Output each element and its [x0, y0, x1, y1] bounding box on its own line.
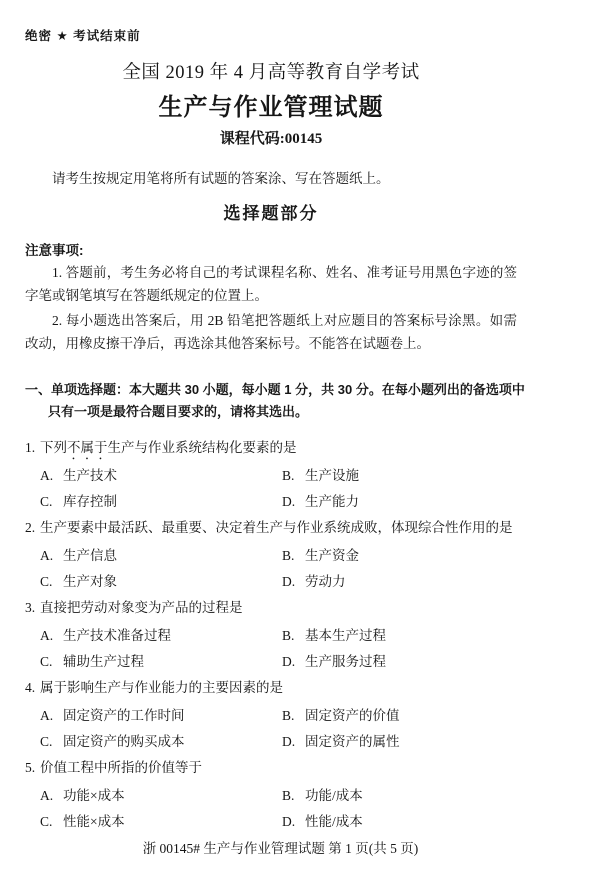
page-footer: 浙 00145# 生产与作业管理试题 第 1 页(共 5 页) — [0, 837, 561, 857]
part-heading-line-2: 只有一项是最符合题目要求的，请将其选出。 — [48, 401, 517, 423]
notes-heading: 注意事项: — [25, 239, 517, 259]
question-4: 4. 属于影响生产与作业能力的主要因素的是 A.固定资产的工作时间 B.固定资产… — [25, 675, 517, 755]
note-item-2: 2. 每小题选出答案后，用 2B 铅笔把答题纸上对应题目的答案标号涂黑。如需改动… — [25, 310, 517, 355]
question-3-stem: 3. 直接把劳动对象变为产品的过程是 — [25, 595, 517, 623]
question-stem-text: 下列不属于生产与作业系统结构化要素的是 — [40, 435, 517, 463]
option-a: A.固定资产的工作时间 — [40, 703, 282, 729]
question-2: 2. 生产要素中最活跃、最重要、决定着生产与作业系统成败，体现综合性作用的是 A… — [25, 515, 517, 595]
question-5-options: A.功能×成本 B.功能/成本 C.性能×成本 D.性能/成本 — [40, 783, 517, 835]
question-3-options: A.生产技术准备过程 B.基本生产过程 C.辅助生产过程 D.生产服务过程 — [40, 623, 517, 675]
option-b: B.功能/成本 — [282, 783, 517, 809]
option-a: A.生产信息 — [40, 543, 282, 569]
section-title: 选择题部分 — [25, 199, 517, 224]
option-d: D.生产能力 — [282, 489, 517, 515]
question-stem-text: 直接把劳动对象变为产品的过程是 — [40, 595, 517, 623]
classification-banner: 绝密 ★ 考试结束前 — [25, 26, 613, 44]
question-list: 1. 下列不属于生产与作业系统结构化要素的是 A.生产技术 B.生产设施 C.库… — [25, 435, 517, 835]
question-4-stem: 4. 属于影响生产与作业能力的主要因素的是 — [25, 675, 517, 703]
option-a: A.功能×成本 — [40, 783, 282, 809]
option-b: B.生产设施 — [282, 463, 517, 489]
option-d: D.性能/成本 — [282, 809, 517, 835]
option-d: D.生产服务过程 — [282, 649, 517, 675]
question-4-options: A.固定资产的工作时间 B.固定资产的价值 C.固定资产的购买成本 D.固定资产… — [40, 703, 517, 755]
question-stem-text: 属于影响生产与作业能力的主要因素的是 — [40, 675, 517, 703]
option-c: C.库存控制 — [40, 489, 282, 515]
question-5-stem: 5. 价值工程中所指的价值等于 — [25, 755, 517, 783]
exam-title: 生产与作业管理试题 — [25, 87, 517, 122]
course-code: 课程代码:00145 — [25, 127, 517, 148]
option-a: A.生产技术准备过程 — [40, 623, 282, 649]
question-number: 5. — [25, 755, 40, 783]
option-c: C.生产对象 — [40, 569, 282, 595]
option-c: C.辅助生产过程 — [40, 649, 282, 675]
question-5: 5. 价值工程中所指的价值等于 A.功能×成本 B.功能/成本 C.性能×成本 … — [25, 755, 517, 835]
question-1-options: A.生产技术 B.生产设施 C.库存控制 D.生产能力 — [40, 463, 517, 515]
question-number: 3. — [25, 595, 40, 623]
option-d: D.固定资产的属性 — [282, 729, 517, 755]
exam-paper-page: 绝密 ★ 考试结束前 全国 2019 年 4 月高等教育自学考试 生产与作业管理… — [0, 0, 613, 879]
question-stem-text: 生产要素中最活跃、最重要、决定着生产与作业系统成败，体现综合性作用的是 — [40, 515, 517, 543]
option-b: B.固定资产的价值 — [282, 703, 517, 729]
option-b: B.生产资金 — [282, 543, 517, 569]
question-number: 2. — [25, 515, 40, 543]
option-d: D.劳动力 — [282, 569, 517, 595]
exam-session-title: 全国 2019 年 4 月高等教育自学考试 — [25, 58, 517, 84]
option-b: B.基本生产过程 — [282, 623, 517, 649]
question-1-stem: 1. 下列不属于生产与作业系统结构化要素的是 — [25, 435, 517, 463]
note-item-1: 1. 答题前，考生务必将自己的考试课程名称、姓名、准考证号用黑色字迹的签字笔或钢… — [25, 262, 517, 307]
part-heading-line-1: 一、单项选择题：本大题共 30 小题，每小题 1 分，共 30 分。在每小题列出… — [25, 379, 517, 401]
question-number: 4. — [25, 675, 40, 703]
question-2-stem: 2. 生产要素中最活跃、最重要、决定着生产与作业系统成败，体现综合性作用的是 — [25, 515, 517, 543]
question-stem-text: 价值工程中所指的价值等于 — [40, 755, 517, 783]
question-2-options: A.生产信息 B.生产资金 C.生产对象 D.劳动力 — [40, 543, 517, 595]
question-3: 3. 直接把劳动对象变为产品的过程是 A.生产技术准备过程 B.基本生产过程 C… — [25, 595, 517, 675]
option-a: A.生产技术 — [40, 463, 282, 489]
emphasized-phrase: 不属于 — [67, 440, 108, 455]
option-c: C.固定资产的购买成本 — [40, 729, 282, 755]
answer-instruction: 请考生按规定用笔将所有试题的答案涂、写在答题纸上。 — [25, 167, 517, 187]
option-c: C.性能×成本 — [40, 809, 282, 835]
content-column: 全国 2019 年 4 月高等教育自学考试 生产与作业管理试题 课程代码:001… — [25, 58, 517, 835]
question-1: 1. 下列不属于生产与作业系统结构化要素的是 A.生产技术 B.生产设施 C.库… — [25, 435, 517, 515]
part-one-heading: 一、单项选择题：本大题共 30 小题，每小题 1 分，共 30 分。在每小题列出… — [25, 379, 517, 423]
question-number: 1. — [25, 435, 40, 463]
